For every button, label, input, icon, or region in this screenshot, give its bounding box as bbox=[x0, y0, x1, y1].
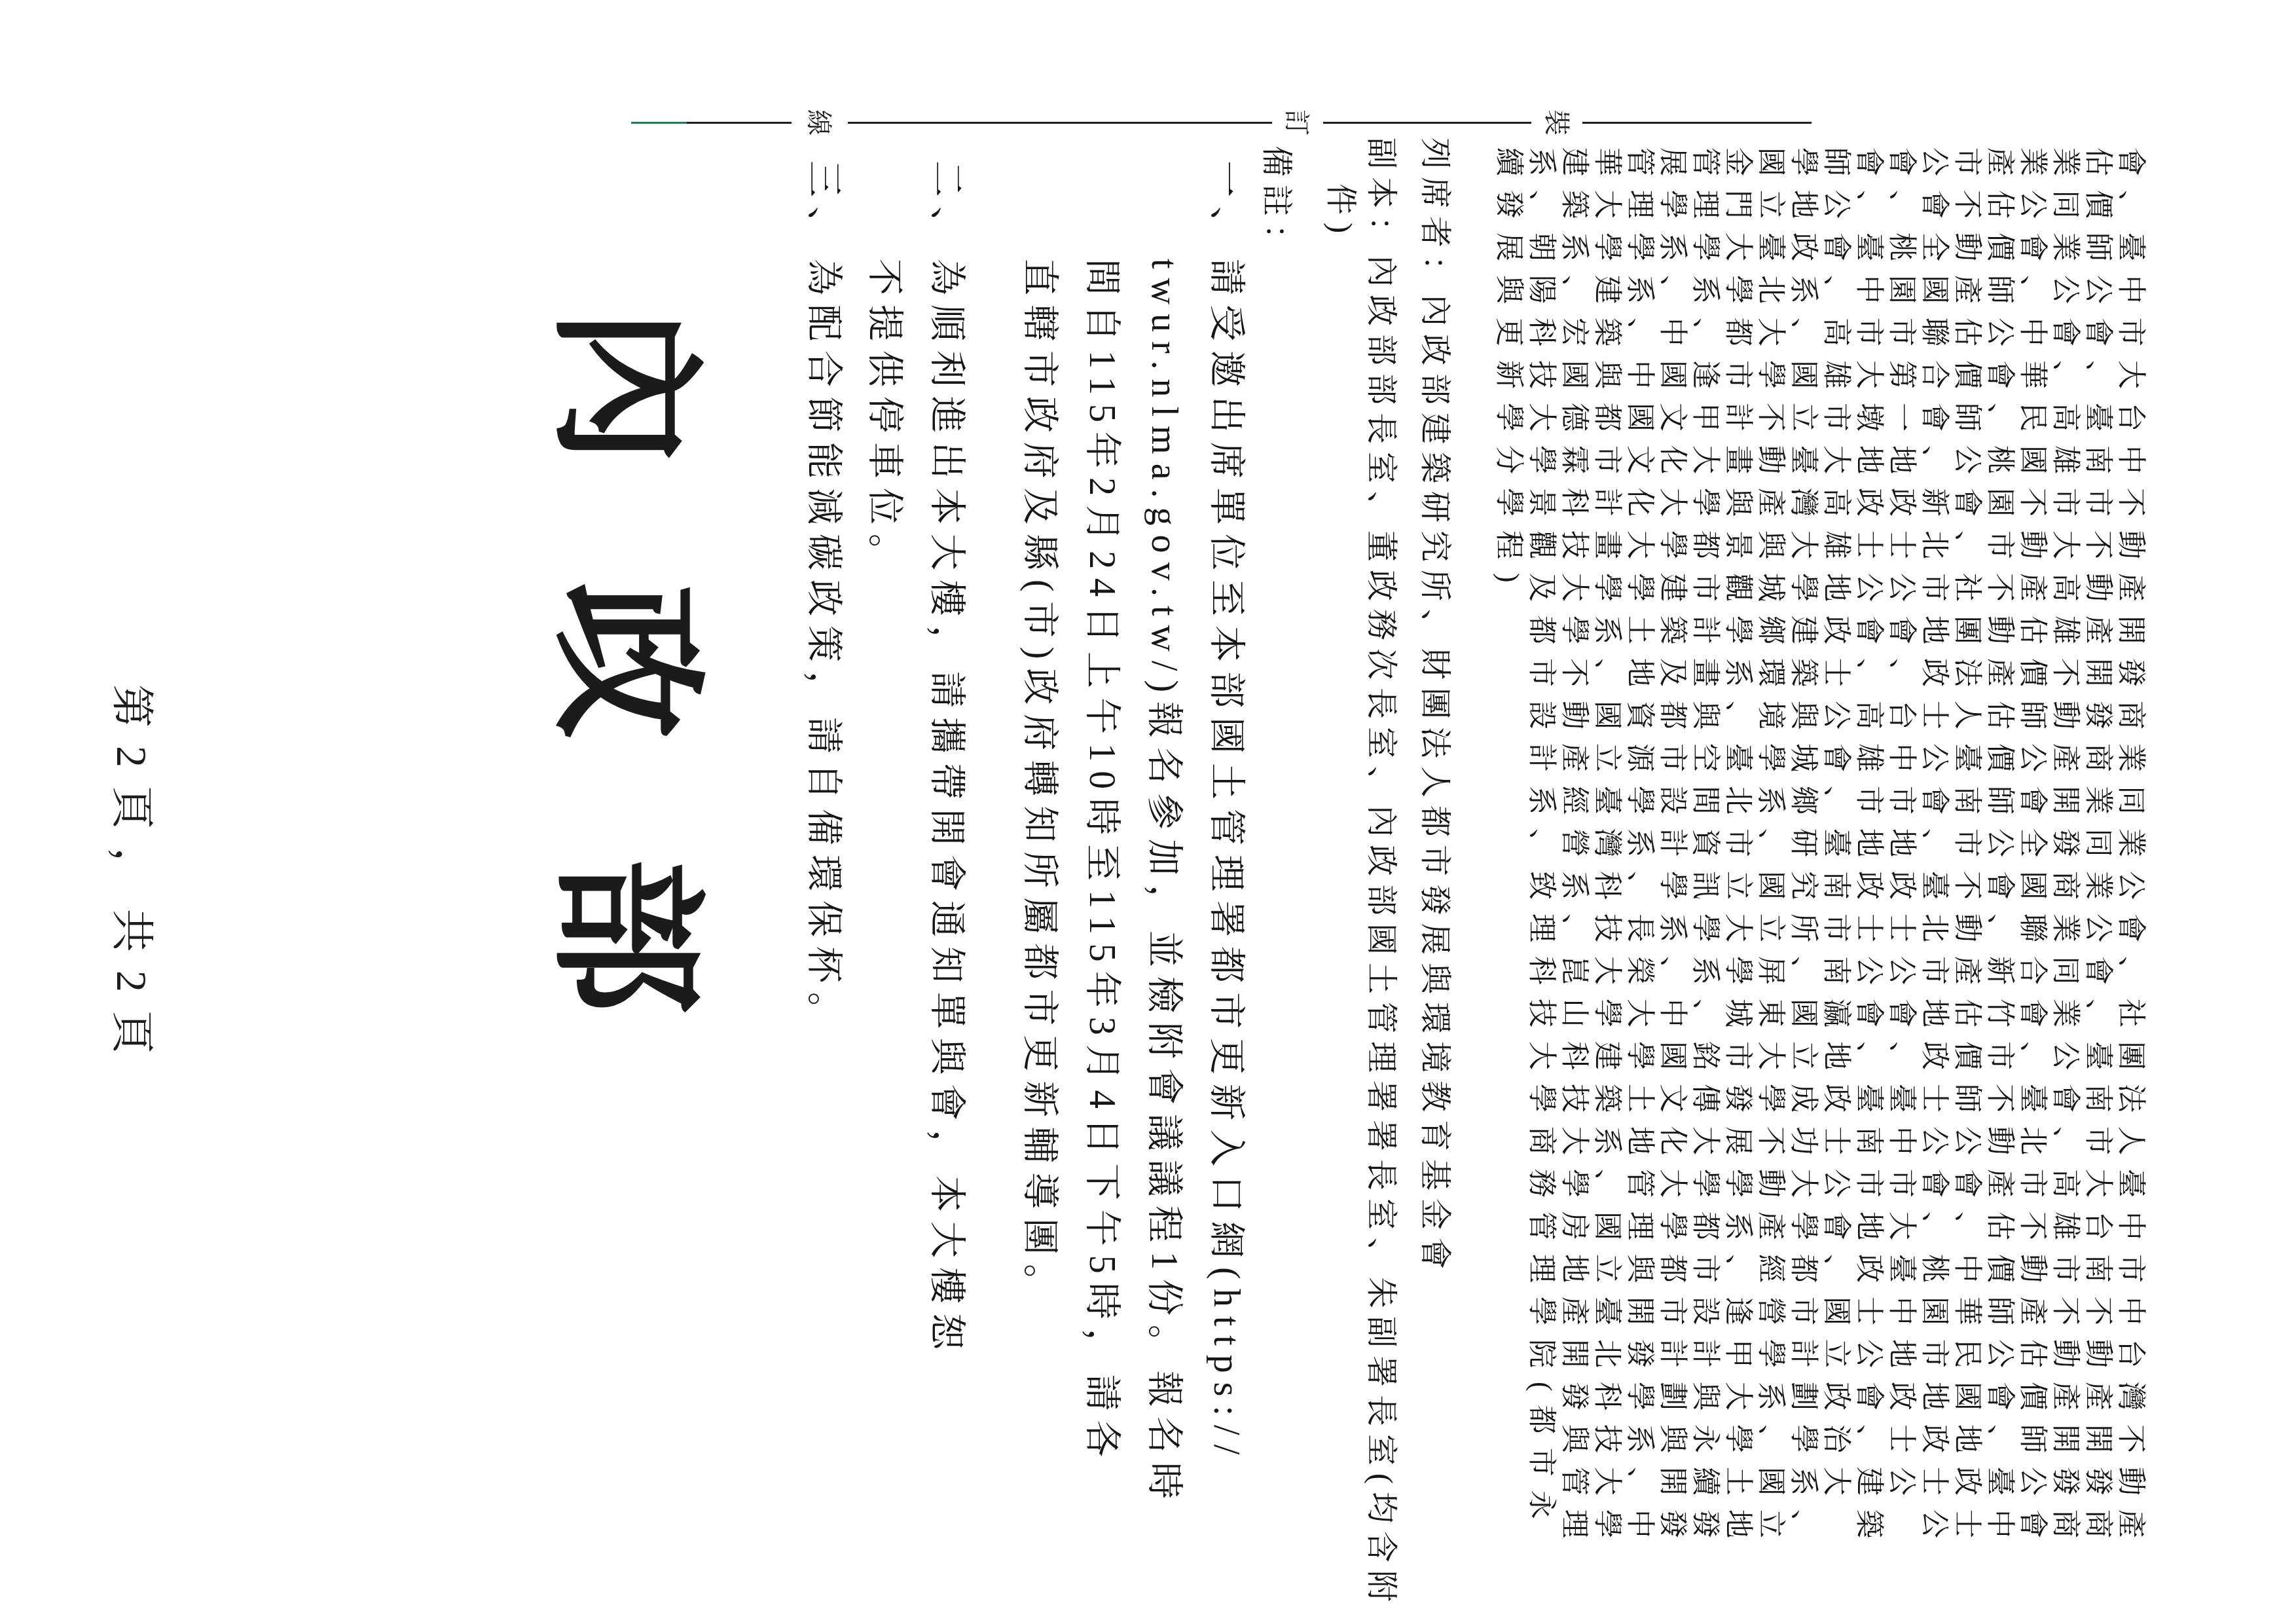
cc-line-wrap: 件) bbox=[1322, 183, 1358, 241]
binding-line-segment bbox=[1323, 122, 1531, 124]
binding-line-segment bbox=[1582, 122, 1812, 124]
document-page: 裝 訂 線 會、臺中市大台中不動產開發商業同業公會、社團法人臺中市中台灣不動產 … bbox=[0, 0, 2296, 1624]
recipient-line: 產估價師公會、桃園市不動產估價師公會、新竹市不動產估價師公會、臺中 bbox=[1983, 147, 2016, 1552]
remark-item-text: twur.nlma.gov.tw/)報名參加，並檢附會議議程1份。報名時 bbox=[1144, 259, 1184, 1508]
remark-item-text: 間自115年2月24日上午10時至115年3月4日下午5時，請各 bbox=[1082, 259, 1122, 1466]
recipient-line: 估價師公會、臺南市不動產開發商業同業公會、臺南市大台南不動產開發商 bbox=[2081, 147, 2114, 1552]
agency-signature: 內政部 bbox=[527, 308, 751, 1133]
cc-line: 副本：內政部部長室、董政務次長室、內政部國土管理署署長室、朱副署長室(均含附 bbox=[1362, 138, 1399, 1610]
remark-item-text: 不提供停車位。 bbox=[864, 259, 905, 580]
remark-item-marker: 二、 bbox=[926, 160, 967, 252]
remark-item-text: 為順利進出本大樓，請攜帶開會通知單與會，本大樓恕 bbox=[926, 259, 967, 1359]
recipient-line: 系、朝陽科技大學景觀及都市設計系、致理科技大學商務管理學院(都市永 bbox=[1525, 147, 1558, 1533]
recipient-line: 會、臺中市大墩地政士公會、高雄市地政士公會、臺南市地政士公會、建築 bbox=[1852, 147, 1885, 1552]
recipient-line: 學地政系、國立臺灣大學建築與城鄉研究所、國立成功大學都市計劃學系、 bbox=[1787, 147, 1819, 1552]
binding-mark-xian: 線 bbox=[802, 108, 839, 137]
recipient-line: 師公會、高雄市大高雄地政士公會、臺南市南瀛地政士公會、國立政治大 bbox=[1819, 147, 1852, 1509]
remark-item-marker: 一、 bbox=[1206, 160, 1247, 252]
recipient-line: 華大學建築與都市計畫學系、國立臺灣科技大學建築系、國立臺北科技大學 bbox=[1590, 147, 1623, 1552]
recipient-line: 公會全國聯合會、新北市地政士公會、臺北市地政士公會、桃園市地政士公 bbox=[1918, 147, 1950, 1552]
recipient-line: 業同業公會、高雄市大高雄不動產開發商業同業公會、高雄市不動產開發商 bbox=[2049, 147, 2081, 1552]
recipient-line: 市不動產估價師公會、社團法人臺南市不動產估價師公會、中華民國地政士 bbox=[1950, 147, 1983, 1552]
page-number-footer: 第2頁，共2頁 bbox=[105, 684, 167, 1072]
recipient-line: 會、桃園市第一地政士公會、台中市地政士公會、臺中市大臺中地政士公 bbox=[1885, 147, 1918, 1509]
remark-item-text: 直轄市政府及縣(市)政府轉知所屬都市更新輔導團。 bbox=[1019, 259, 1060, 1310]
binding-mark-ding: 訂 bbox=[1280, 108, 1317, 137]
recipient-line: 建築系、宏國德霖科技大學不動產經營系、崑山科技大學房地產開發與管理 bbox=[1558, 147, 1590, 1552]
recipient-line: 展學系、中國文化大學建築及都市設計學系、中國文化大學都市計劃與開發 bbox=[1656, 147, 1688, 1552]
recipient-line: 業公會、中華民國不動產估價師公會全國聯合會、臺北市不動產估價師公會 bbox=[2016, 147, 2049, 1552]
attendees-line: 列席者：內政部建築研究所、財團法人都市發展與環境教育基金會 bbox=[1416, 138, 1453, 1277]
recipient-line: 國立臺北大學不動產與城鄉環境學系、國立屏東大學不動產經營學系、國立 bbox=[1754, 147, 1787, 1552]
binding-mark-zhuang: 裝 bbox=[1540, 108, 1577, 137]
binding-line-segment bbox=[848, 122, 1272, 124]
remark-item-marker: 三、 bbox=[803, 160, 844, 252]
recipient-line: 金門大學都市計畫與景觀學系、臺北市立大學城市發展學系、逢甲大學土地 bbox=[1721, 147, 1754, 1552]
remark-item-text: 請受邀出席單位至本部國土管理署都市更新入口網(https:// bbox=[1206, 259, 1247, 1464]
recipient-line: 續發展與更新學分學程) bbox=[1492, 147, 1525, 597]
binding-line-segment bbox=[687, 122, 792, 124]
remarks-label: 備註： bbox=[1258, 145, 1294, 263]
scan-canvas: { "recipients_continuation": { "lines": … bbox=[0, 0, 2296, 1624]
recipient-line: 管理學系、逢甲大學都市計畫與空間資訊學系、銘傳大學都市設計與永續發 bbox=[1688, 147, 1721, 1552]
recipient-line: 管理學系、中國文化大學土地資源學系、長榮大學土地管理與開發學系、中 bbox=[1623, 147, 1656, 1552]
remark-item-text: 為配合節能減碳政策，請自備環保杯。 bbox=[803, 259, 844, 1038]
binding-line-segment-green bbox=[631, 122, 687, 124]
recipient-line: 會、臺中市大台中不動產開發商業同業公會、社團法人臺中市中台灣不動產 bbox=[2114, 147, 2147, 1552]
